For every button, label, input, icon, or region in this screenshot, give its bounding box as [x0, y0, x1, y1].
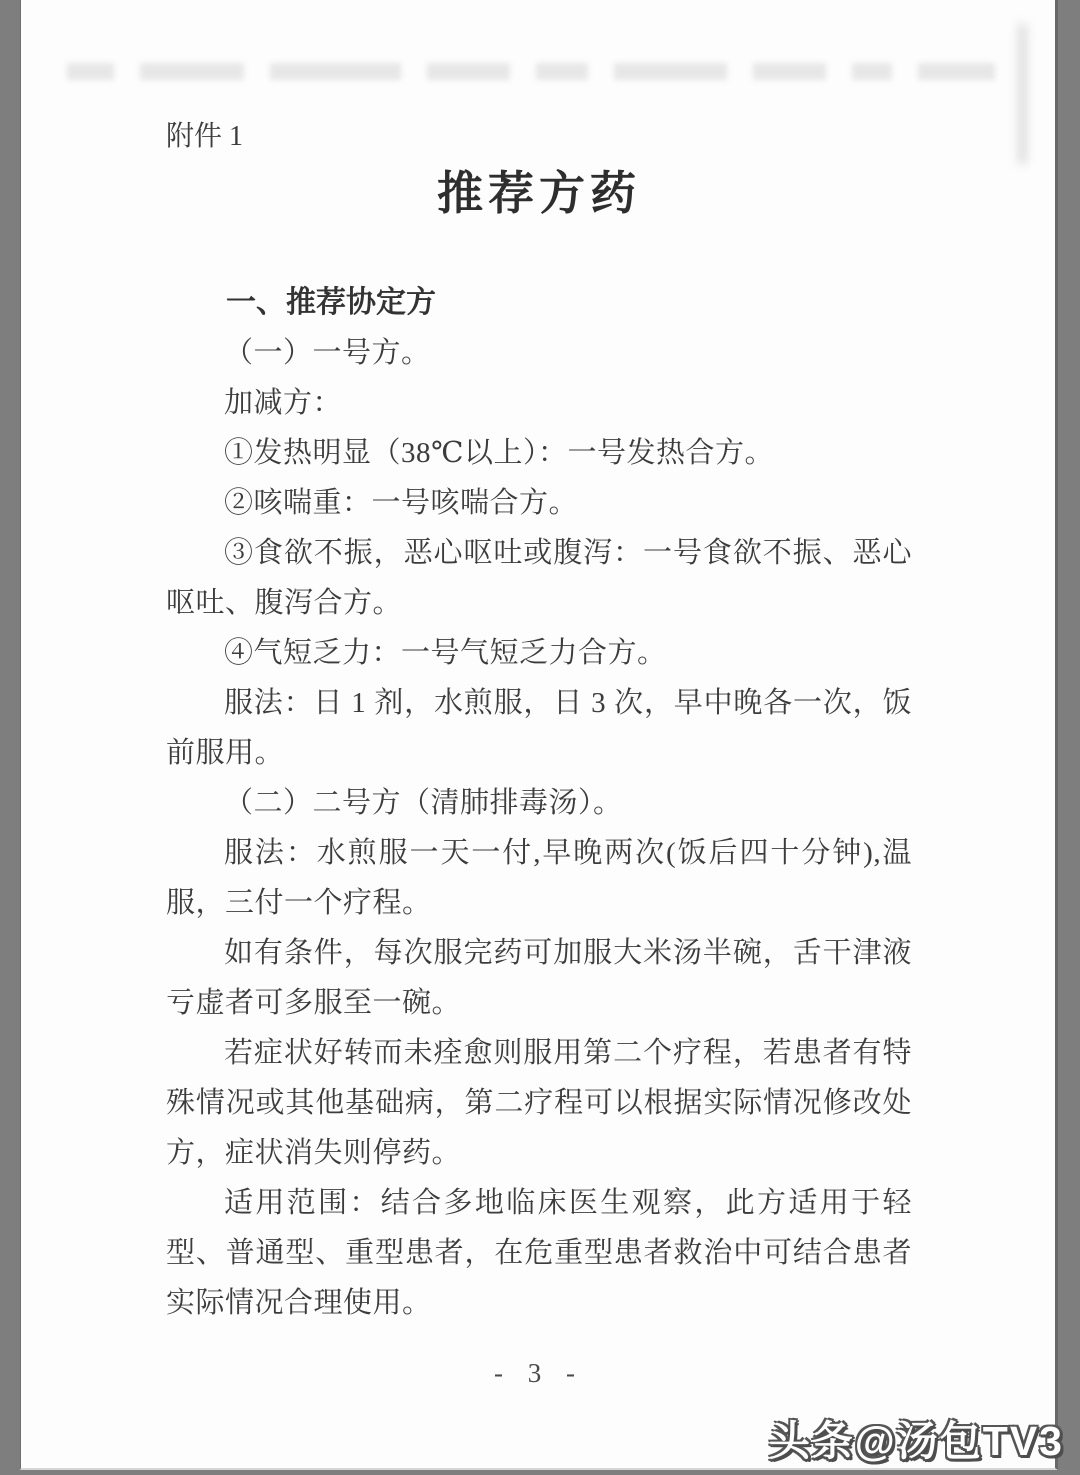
document-title: 推荐方药	[166, 166, 912, 222]
scan-streak-artifact	[1018, 24, 1027, 164]
document-content: 附件 1 推荐方药 一、推荐协定方 （一）一号方。 加减方： ①发热明显（38℃…	[21, 120, 1055, 1389]
body-paragraph: ①发热明显（38℃以上）：一号发热合方。	[166, 428, 912, 478]
body-paragraph: ②咳喘重：一号咳喘合方。	[166, 478, 912, 528]
body-paragraph: 服法：日 1 剂，水煎服，日 3 次，早中晚各一次，饭前服用。	[166, 678, 912, 778]
watermark-text: 头条@汤包TV3	[769, 1408, 1064, 1467]
screenshot-root: { "page": { "attachment_label": "附件 1", …	[0, 0, 1080, 1475]
body-paragraph: ④气短乏力：一号气短乏力合方。	[166, 628, 912, 678]
body-paragraph: （一）一号方。	[166, 328, 912, 378]
body-paragraph: 如有条件，每次服完药可加服大米汤半碗，舌干津液亏虚者可多服至一碗。	[166, 928, 912, 1028]
body-paragraph: ③食欲不振，恶心呕吐或腹泻：一号食欲不振、恶心呕吐、腹泻合方。	[166, 528, 912, 628]
page-number: - 3 -	[166, 1358, 912, 1389]
section-heading: 一、推荐协定方	[166, 278, 912, 328]
body-paragraph: （二）二号方（清肺排毒汤）。	[166, 778, 912, 828]
attachment-label: 附件 1	[166, 120, 912, 154]
body-paragraph: 服法：水煎服一天一付,早晚两次(饭后四十分钟),温服，三付一个疗程。	[166, 828, 912, 928]
body-paragraph: 若症状好转而未痊愈则服用第二个疗程，若患者有特殊情况或其他基础病，第二疗程可以根…	[166, 1028, 912, 1178]
body-paragraph: 适用范围：结合多地临床医生观察，此方适用于轻型、普通型、重型患者，在危重型患者救…	[166, 1178, 912, 1328]
body-paragraph: 加减方：	[166, 378, 912, 428]
document-page: 附件 1 推荐方药 一、推荐协定方 （一）一号方。 加减方： ①发热明显（38℃…	[20, 0, 1058, 1470]
scan-bleed-artifact	[67, 58, 995, 84]
